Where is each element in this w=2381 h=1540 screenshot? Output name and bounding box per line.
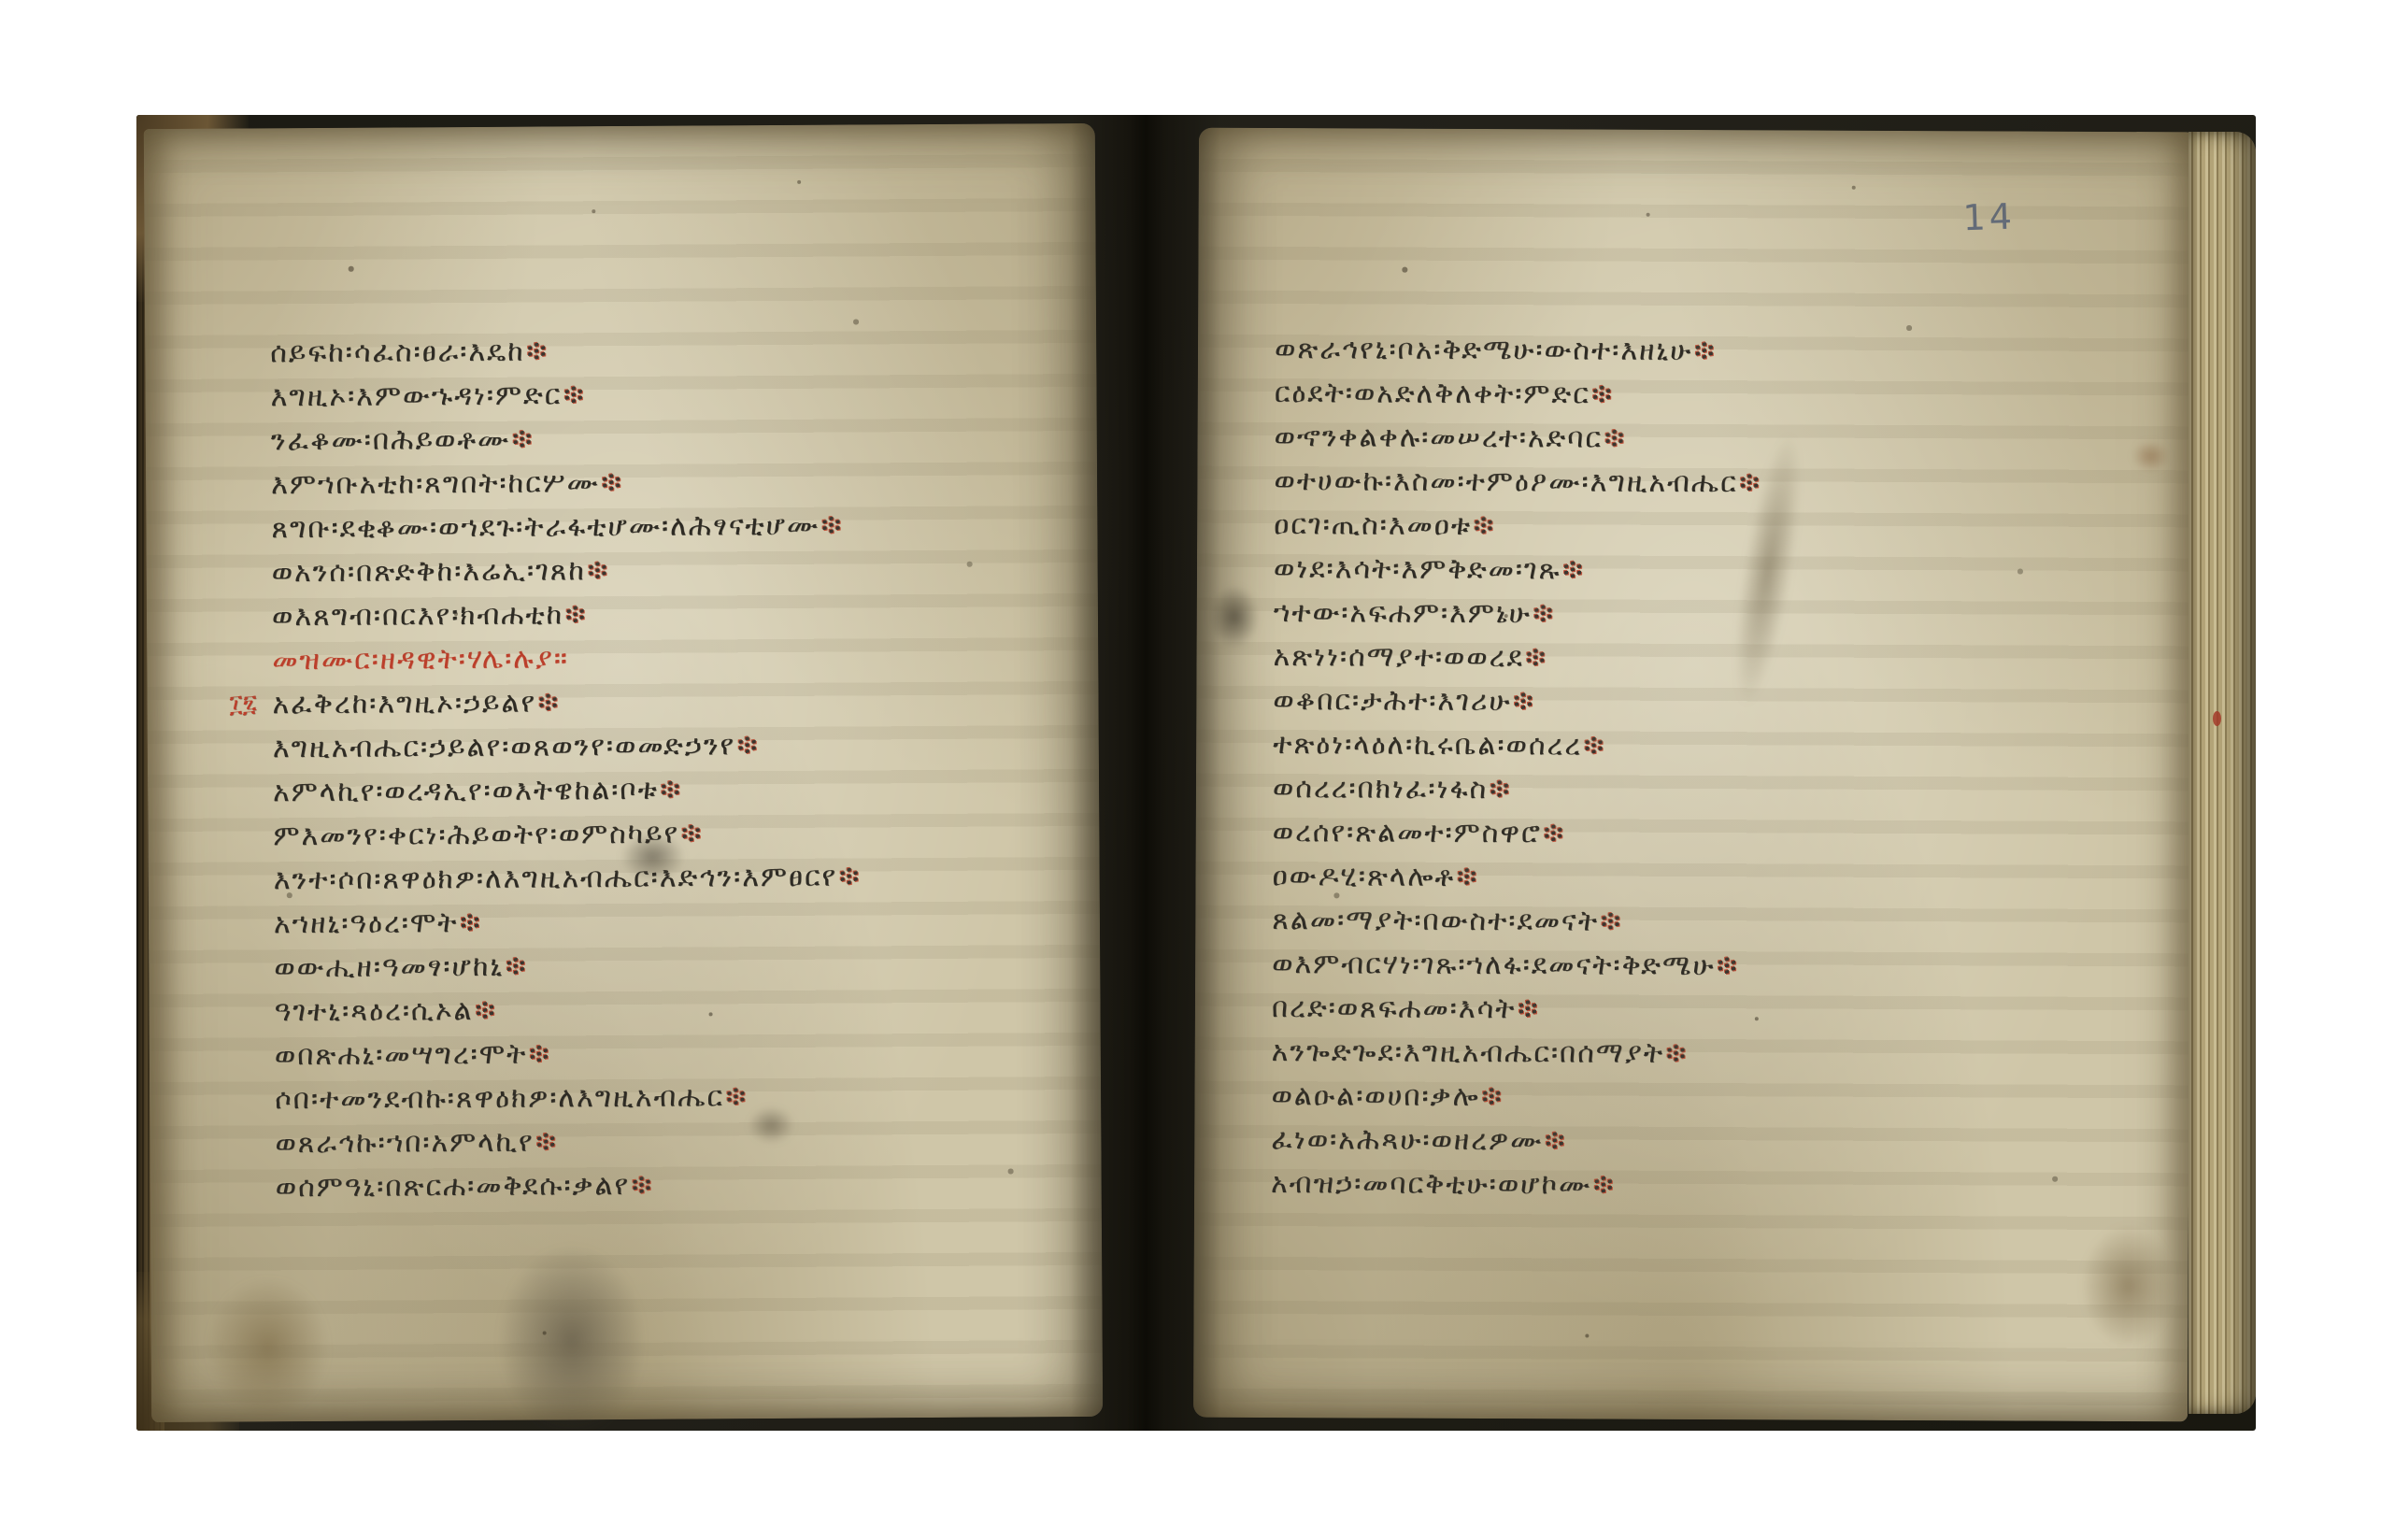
- stain: [496, 1243, 647, 1431]
- text-line: ዐርገ፡ጢስ፡እመዐቱ፨: [1274, 503, 1763, 549]
- text-line: አንጐድጐደ፡እግዚአብሔር፡በሰማያት፨: [1272, 1030, 1761, 1076]
- text-line: ወአንሰ፡በጽድቅከ፡እሬኢ፡ገጸከ፨: [272, 547, 862, 594]
- page-edge-stack-right: [2189, 132, 2256, 1414]
- text-line: በረድ፡ወጸፍሐመ፡እሳት፨: [1272, 986, 1761, 1032]
- text-line: ወኆንቀልቀሉ፡መሠረተ፡አድባር፨: [1274, 415, 1763, 461]
- stain: [2081, 1225, 2175, 1347]
- paragraph-separator: ፨: [1584, 729, 1605, 762]
- text-line: ወበጽሐኒ፡መሣግረ፡ሞት፨: [275, 1030, 864, 1077]
- paragraph-separator: ፨: [1592, 378, 1614, 411]
- text-line: ተጽዕነ፡ላዕለ፡ኪሩቤል፡ወሰረረ፨: [1273, 722, 1762, 768]
- left-text-block: ሰይፍከ፡ሳፈስ፡ፀራ፡እዴከ፨እግዚኦ፡እምውኁዳነ፡ምድር፨ንፈቆሙ፡በሕይ…: [270, 327, 864, 1209]
- paragraph-separator: ፨: [1474, 509, 1495, 542]
- paragraph-separator: ፨: [1740, 466, 1761, 499]
- paragraph-separator: ፨: [565, 598, 587, 631]
- paragraph-separator: ፨: [1717, 949, 1738, 982]
- text-line: እግዚኦ፡እምውኁዳነ፡ምድር፨: [270, 371, 860, 419]
- paragraph-separator: ፨: [512, 423, 534, 456]
- manuscript-photo: ሰይፍከ፡ሳፈስ፡ፀራ፡እዴከ፨እግዚኦ፡እምውኁዳነ፡ምድር፨ንፈቆሙ፡በሕይ…: [136, 115, 2256, 1431]
- paragraph-separator: ፨: [681, 817, 703, 849]
- text-line: ምእመንየ፡ቀርነ፡ሕይወትየ፡ወምስካይየ፨: [273, 810, 863, 858]
- paragraph-separator: ፨: [529, 1037, 550, 1070]
- text-line: ሶበ፡ተመንደብኩ፡ጸዋዕክዎ፡ለእግዚአብሔር፨: [275, 1074, 864, 1121]
- paragraph-separator: ፨: [1526, 641, 1547, 674]
- paragraph-separator: ፨: [527, 335, 549, 367]
- paragraph-separator: ፨: [536, 1125, 558, 1158]
- stain: [1210, 586, 1259, 648]
- text-line: ወእጸግብ፡በርእየ፡ክብሐቲከ፨: [272, 591, 862, 638]
- text-line: ርዕደት፡ወአድለቅለቀት፡ምድር፨: [1275, 371, 1764, 417]
- right-text-block: ወጽራኅየኒ፡ቦአ፡ቅድሜሁ፡ውስተ፡እዘኒሁ፨ርዕደት፡ወአድለቅለቀት፡ምድ…: [1271, 327, 1763, 1207]
- text-line: እምኀቡአቲከ፡ጸግበት፡ከርሦሙ፨: [271, 459, 861, 506]
- paragraph-separator: ፨: [506, 950, 527, 983]
- text-line: እንተ፡ሶበ፡ጸዋዕክዎ፡ለእግዚአብሔር፡እድኅን፡እምፀርየ፨: [274, 854, 863, 902]
- stain: [2131, 440, 2169, 472]
- text-line: ወተሀውኩ፡እስመ፡ተምዕዖሙ፡እግዚአብሔር፨: [1274, 459, 1763, 505]
- text-line: ጸልመ፡ማያት፡በውስተ፡ደመናት፨: [1272, 898, 1761, 944]
- paragraph-separator: ፨: [661, 774, 682, 806]
- text-line: ወቆበር፡ታሕተ፡እገሪሁ፨: [1273, 678, 1762, 724]
- paragraph-separator: ፨: [563, 378, 585, 411]
- paragraph-separator: ፨: [821, 509, 843, 542]
- fore-edge-red-mark: [2213, 711, 2221, 726]
- right-page: 14 ወጽራኅየኒ፡ቦአ፡ቅድሜሁ፡ውስተ፡እዘኒሁ፨ርዕደት፡ወአድለቅለቀት…: [1193, 128, 2193, 1422]
- text-line: ወእምብርሃነ፡ገጹ፡ኀለፋ፡ደመናት፡ቅድሜሁ፨: [1272, 942, 1761, 988]
- paragraph-separator: ፨: [726, 1080, 748, 1113]
- rubric-line: መዝሙር፡ዘዳዊት፡ሃሌ፡ሉያ።: [272, 635, 862, 682]
- text-line: ወረሰየ፡ጽልመተ፡ምስዋሮ፨: [1273, 810, 1762, 856]
- paragraph-separator: ፨: [1666, 1037, 1688, 1070]
- text-line: ወሰምዓኒ፡በጽርሐ፡መቅደሱ፡ቃልየ፨: [276, 1162, 865, 1209]
- text-line: ጸግቡ፡ደቂቆሙ፡ወኀደጉ፡ትራፋቲሆሙ፡ለሕፃናቲሆሙ፨: [271, 503, 861, 550]
- paragraph-separator: ፨: [1604, 422, 1626, 455]
- paragraph-separator: ፨: [1544, 817, 1565, 849]
- text-line: ፈነወ፡አሕጻሁ፡ወዘረዎሙ፨: [1271, 1118, 1761, 1163]
- psalm-number-margin: ፲፯: [229, 682, 257, 726]
- text-line: ንፈቆሙ፡በሕይወቶሙ፨: [271, 415, 861, 463]
- text-line: አጽነነ፡ሰማያተ፡ወወረደ፨: [1273, 635, 1762, 680]
- text-line: አብዝኃ፡መባርቅቲሁ፡ወሆኮሙ፨: [1271, 1162, 1761, 1207]
- paragraph-separator: ፨: [460, 906, 481, 939]
- text-line: ወጸራኅኩ፡ኀበ፡አምላኪየ፨: [275, 1118, 864, 1165]
- paragraph-separator: ፨: [1545, 1124, 1566, 1157]
- ink-speckles: [1199, 128, 1201, 130]
- text-line: ዓገተኒ፡ጻዕረ፡ሲኦል፨: [274, 986, 863, 1034]
- paragraph-separator: ፨: [1518, 992, 1539, 1025]
- text-line: ወልዑል፡ወሀበ፡ቃሎ፨: [1271, 1074, 1761, 1119]
- text-line: እግዚአብሔር፡ኃይልየ፡ወጸወንየ፡ወመድኃንየ፨: [273, 722, 863, 770]
- paragraph-separator: ፨: [475, 994, 496, 1027]
- ink-speckles: [144, 129, 146, 131]
- paragraph-separator: ፨: [1562, 553, 1584, 586]
- paragraph-separator: ፨: [1482, 1080, 1504, 1113]
- stain: [207, 1277, 329, 1419]
- page-number: 14: [1962, 196, 2017, 239]
- paragraph-separator: ፨: [1533, 597, 1555, 630]
- paragraph-separator: ፨: [1694, 335, 1716, 367]
- screenshot-canvas: { "manuscript": { "description_title": "…: [0, 0, 2381, 1540]
- paragraph-separator: ፨: [839, 860, 861, 892]
- text-line: ወውሒዘ፡ዓመፃ፡ሆከኒ፨: [274, 942, 863, 990]
- paragraph-separator: ፨: [1601, 905, 1622, 938]
- text-line: ዐውዶሂ፡ጽላሎቶ፨: [1272, 854, 1761, 900]
- paragraph-separator: ፨: [1593, 1169, 1615, 1202]
- left-page: ሰይፍከ፡ሳፈስ፡ፀራ፡እዴከ፨እግዚኦ፡እምውኁዳነ፡ምድር፨ንፈቆሙ፡በሕይ…: [144, 123, 1103, 1422]
- text-line: ወጽራኅየኒ፡ቦአ፡ቅድሜሁ፡ውስተ፡እዘኒሁ፨: [1275, 327, 1764, 373]
- paragraph-separator: ፨: [1513, 685, 1534, 718]
- text-line: ፲፯አፈቅረከ፡እግዚኦ፡ኃይልየ፨: [272, 678, 862, 726]
- paragraph-separator: ፨: [1490, 773, 1511, 806]
- paragraph-separator: ፨: [632, 1169, 653, 1202]
- paragraph-separator: ፨: [588, 554, 609, 587]
- text-line: ኀተው፡አፍሐም፡እምኔሁ፨: [1274, 591, 1763, 636]
- text-line: ሰይፍከ፡ሳፈስ፡ፀራ፡እዴከ፨: [270, 327, 860, 375]
- paragraph-separator: ፨: [1457, 861, 1478, 893]
- text-line: አምላኪየ፡ወረዳኢየ፡ወእትዌከል፡ቦቱ፨: [273, 766, 863, 814]
- text-line: ወሰረረ፡በክነፈ፡ነፋስ፨: [1273, 766, 1762, 812]
- paragraph-separator: ፨: [737, 729, 759, 762]
- text-line: ወነደ፡እሳት፡እምቅድመ፡ገጹ፨: [1274, 547, 1763, 592]
- paragraph-separator: ፨: [602, 466, 623, 499]
- text-line: አኀዘኒ፡ዓዕረ፡ሞት፨: [274, 898, 863, 946]
- paragraph-separator: ፨: [538, 686, 560, 719]
